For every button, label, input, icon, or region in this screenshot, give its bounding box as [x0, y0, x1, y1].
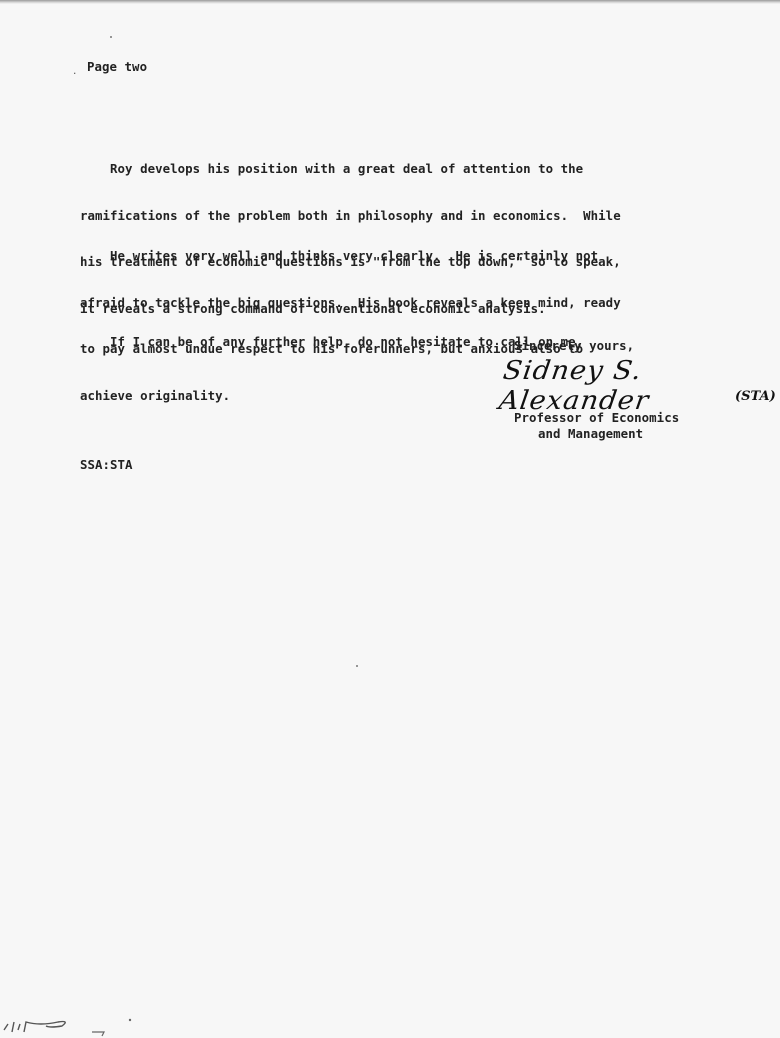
signer-title-continued: and Management	[538, 426, 643, 442]
speck	[356, 665, 358, 667]
handwritten-signature: Sidney S. Alexander	[497, 356, 780, 416]
closing: Sincerely yours,	[514, 338, 634, 354]
signature-initials: (STA)	[735, 389, 776, 404]
margin-mark: .	[72, 67, 77, 77]
reference-initials: SSA:STA	[80, 457, 133, 473]
paragraph-line: If I can be of any further help, do not …	[80, 334, 583, 350]
page-header: Page two	[87, 59, 147, 75]
margin-scribble	[0, 1010, 140, 1038]
page-top-edge	[0, 0, 780, 4]
signer-title: Professor of Economics	[514, 410, 679, 426]
speck	[110, 36, 112, 38]
paragraph-line: He writes very well and thinks very clea…	[80, 248, 621, 264]
paragraph-line: Roy develops his position with a great d…	[80, 161, 621, 177]
